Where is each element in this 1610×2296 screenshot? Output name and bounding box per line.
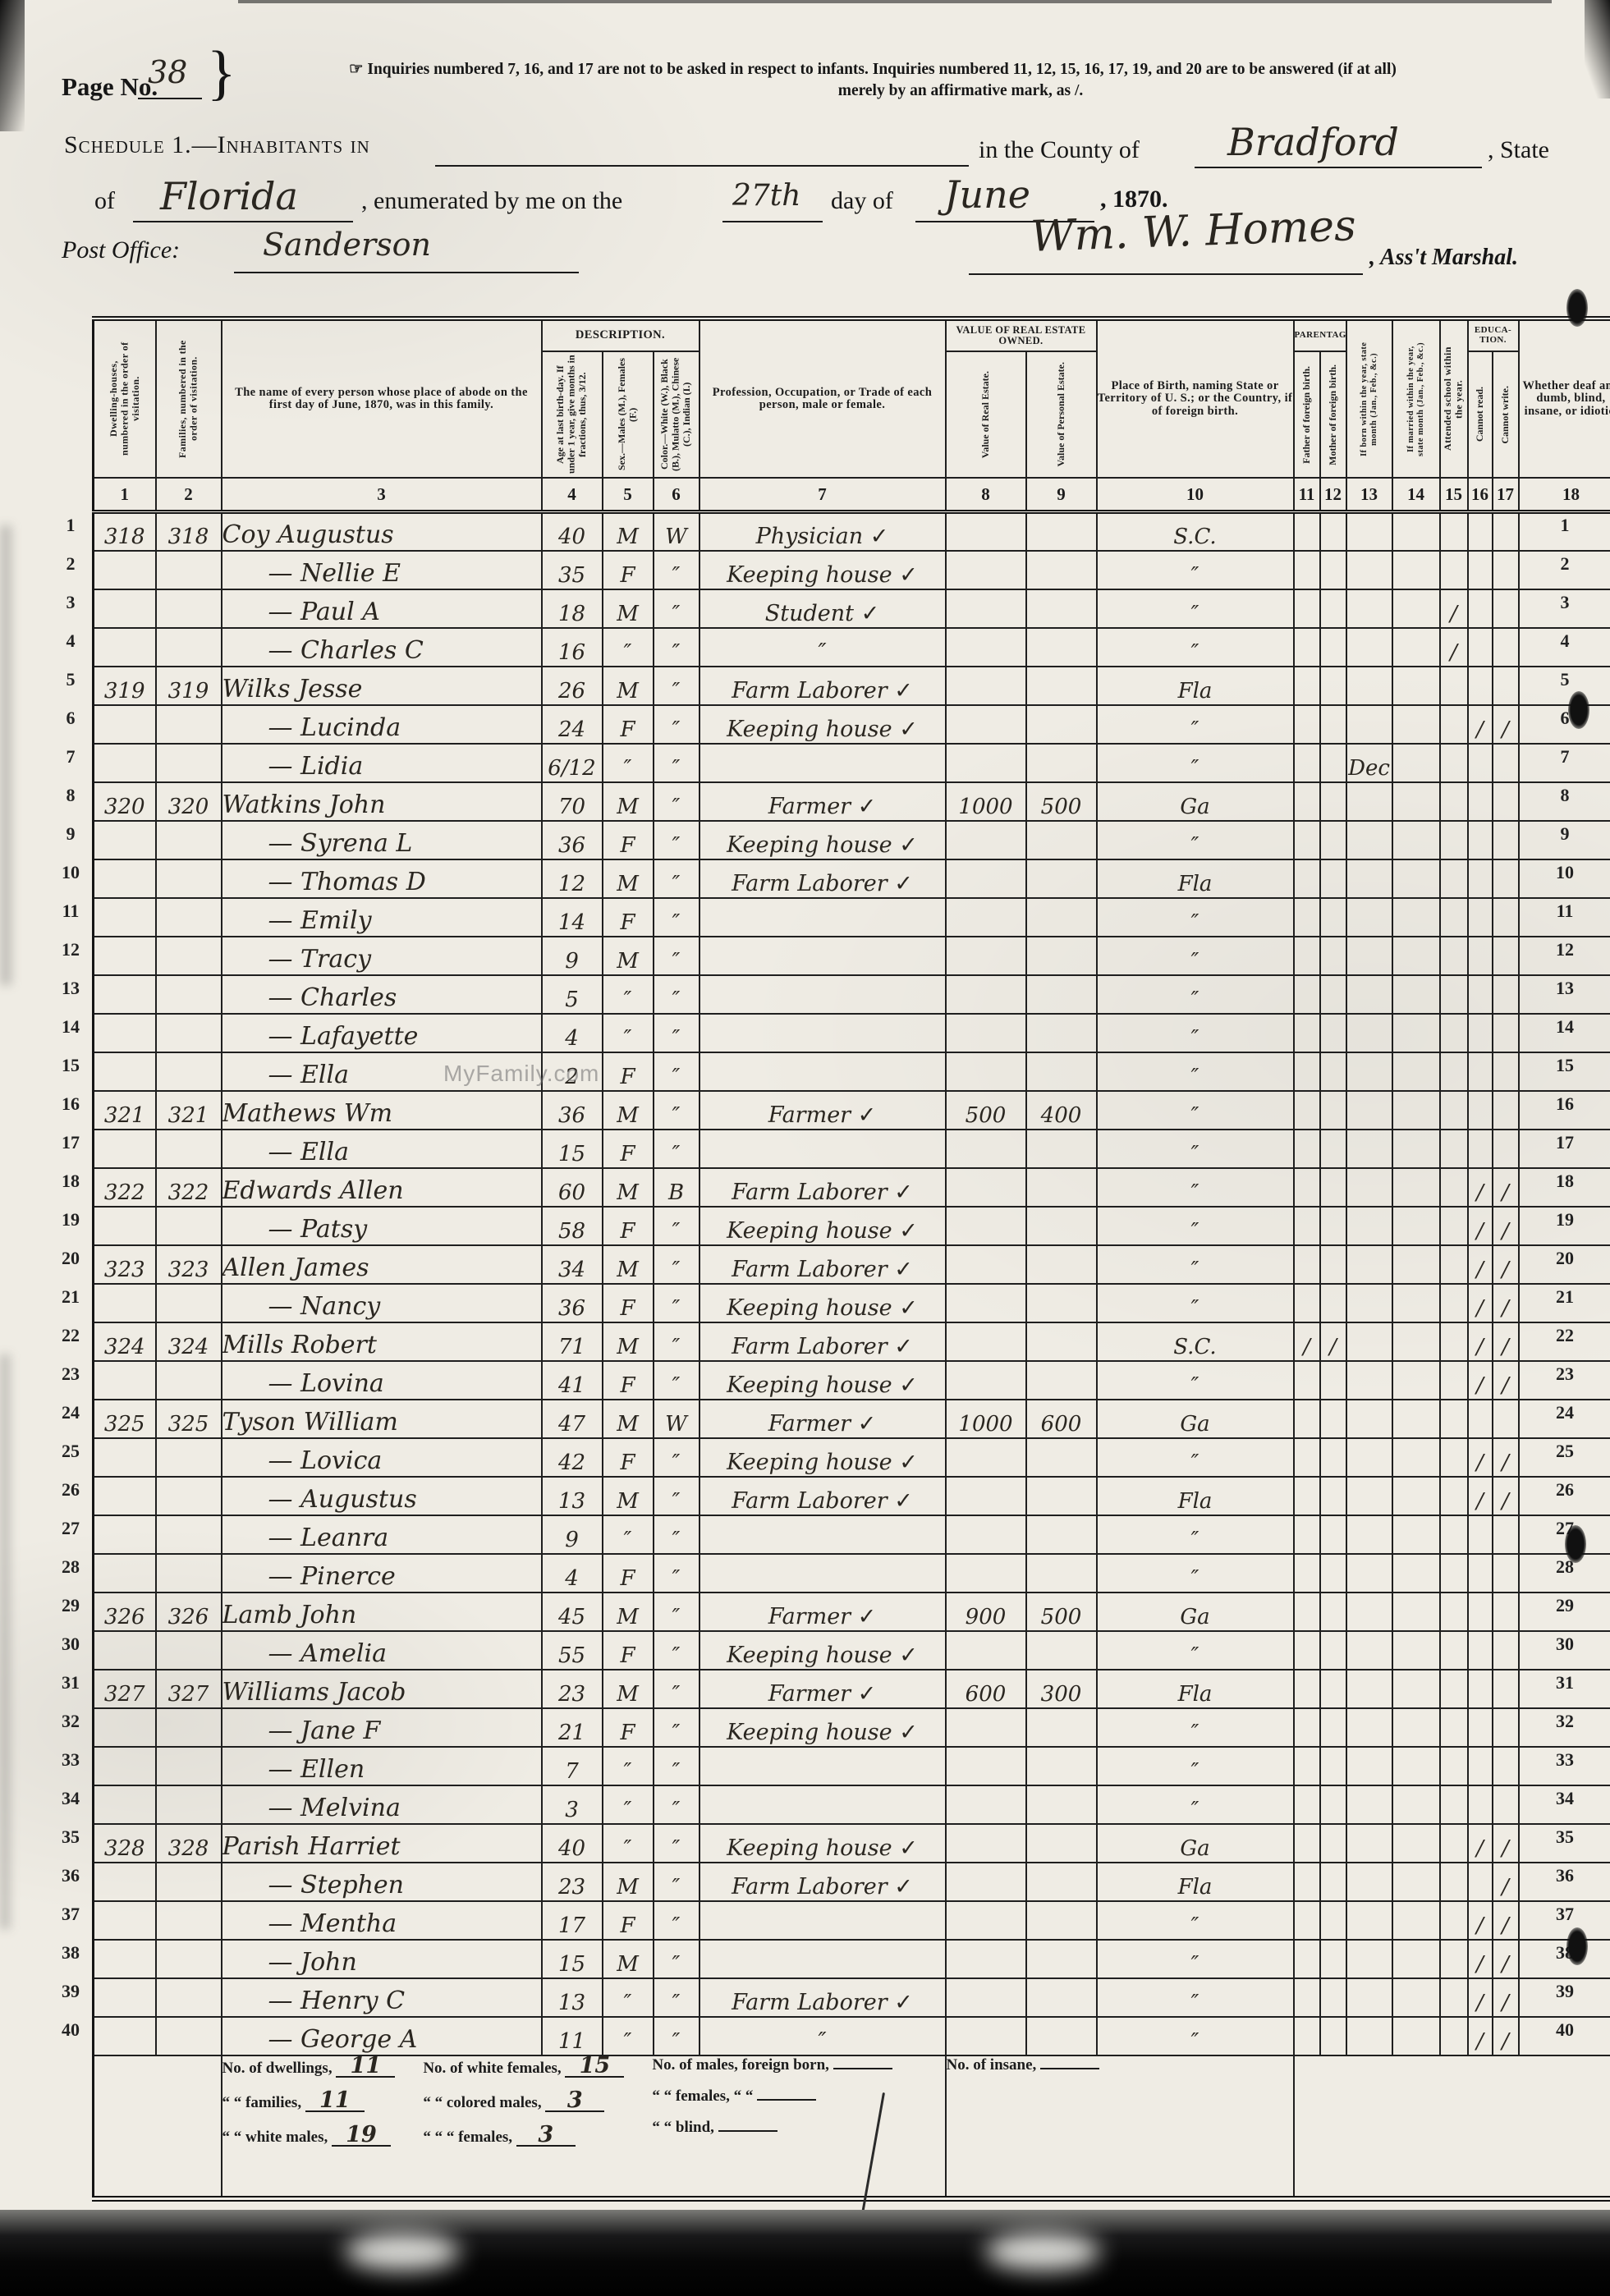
color-value: ″ bbox=[654, 1130, 700, 1168]
real-estate-value bbox=[946, 512, 1026, 551]
line-number: 23 bbox=[54, 1354, 87, 1393]
birthplace-value: ″ bbox=[1097, 1361, 1294, 1400]
real-estate-value bbox=[946, 667, 1026, 705]
cannot-write-mark bbox=[1493, 628, 1519, 667]
person-row: 327327Williams Jacob23M″Farmer ✓600300Fl… bbox=[94, 1670, 1610, 1708]
mother-foreign-mark bbox=[1320, 1361, 1346, 1400]
scan-glow bbox=[345, 2233, 460, 2271]
column-number-row: 1234567891011121314151617181920 bbox=[94, 478, 1610, 512]
occupation-value bbox=[700, 1052, 946, 1091]
birth-month-value bbox=[1346, 1593, 1392, 1631]
females-foreign-total bbox=[757, 2099, 816, 2101]
mother-foreign-mark bbox=[1320, 1901, 1346, 1940]
males-foreign-total bbox=[833, 2068, 892, 2069]
line-number: 3 bbox=[54, 583, 87, 621]
birth-month-value bbox=[1346, 1361, 1392, 1400]
personal-estate-value bbox=[1026, 1863, 1097, 1901]
person-name: — Charles C bbox=[222, 628, 542, 667]
cannot-read-mark: / bbox=[1468, 1940, 1493, 1978]
mother-foreign-mark bbox=[1320, 1130, 1346, 1168]
occupation-value bbox=[700, 937, 946, 975]
person-name: — George A bbox=[222, 2017, 542, 2055]
father-foreign-mark: / bbox=[1294, 1322, 1320, 1361]
mother-foreign-mark bbox=[1320, 1168, 1346, 1207]
color-value: ″ bbox=[654, 589, 700, 628]
totals-row: No. of dwellings, 11 “ “ families, 11 “ … bbox=[94, 2055, 1610, 2199]
person-name: — Ellen bbox=[222, 1747, 542, 1785]
attended-school-mark bbox=[1440, 1130, 1468, 1168]
real-estate-value bbox=[946, 1940, 1026, 1978]
real-estate-value bbox=[946, 1014, 1026, 1052]
marriage-month-value bbox=[1392, 2017, 1440, 2055]
cannot-write-mark: / bbox=[1493, 1245, 1519, 1284]
cannot-read-mark: / bbox=[1468, 1322, 1493, 1361]
mother-foreign-mark bbox=[1320, 744, 1346, 782]
person-row: — Emily14F″″ bbox=[94, 898, 1610, 937]
person-name: — Leanra bbox=[222, 1515, 542, 1554]
insane-label: No. of insane, bbox=[947, 2056, 1037, 2074]
scan-left-smudge bbox=[0, 525, 11, 985]
color-value: ″ bbox=[654, 744, 700, 782]
dwelling-number bbox=[94, 1014, 156, 1052]
person-name: — Lucinda bbox=[222, 705, 542, 744]
sex-value: ″ bbox=[603, 1014, 654, 1052]
scan-glow bbox=[985, 2233, 1100, 2271]
dwelling-number bbox=[94, 628, 156, 667]
cannot-read-mark: / bbox=[1468, 1978, 1493, 2017]
family-number: 321 bbox=[156, 1091, 222, 1130]
dwelling-number: 318 bbox=[94, 512, 156, 551]
line-number: 7 bbox=[54, 737, 87, 776]
line-number: 33 bbox=[1548, 1740, 1581, 1779]
real-estate-value bbox=[946, 705, 1026, 744]
dwelling-number: 320 bbox=[94, 782, 156, 821]
age-value: 40 bbox=[542, 1824, 603, 1863]
age-value: 47 bbox=[542, 1400, 603, 1438]
real-estate-value bbox=[946, 1245, 1026, 1284]
person-row: 324324Mills Robert71M″Farm Laborer ✓S.C.… bbox=[94, 1322, 1610, 1361]
sex-value: ″ bbox=[603, 1824, 654, 1863]
father-foreign-mark bbox=[1294, 1361, 1320, 1400]
person-row: — Ella2F″″ bbox=[94, 1052, 1610, 1091]
birthplace-value: ″ bbox=[1097, 1207, 1294, 1245]
person-name: — Stephen bbox=[222, 1863, 542, 1901]
person-row: 323323Allen James34M″Farm Laborer ✓″/// bbox=[94, 1245, 1610, 1284]
birthplace-value: ″ bbox=[1097, 1901, 1294, 1940]
birth-month-value bbox=[1346, 1245, 1392, 1284]
family-number bbox=[156, 1978, 222, 2017]
birth-month-value bbox=[1346, 1631, 1392, 1670]
mother-foreign-mark bbox=[1320, 1284, 1346, 1322]
birthplace-value: ″ bbox=[1097, 1708, 1294, 1747]
dwelling-number bbox=[94, 1284, 156, 1322]
dwelling-number: 322 bbox=[94, 1168, 156, 1207]
birthplace-value: S.C. bbox=[1097, 512, 1294, 551]
birthplace-value: ″ bbox=[1097, 1130, 1294, 1168]
age-value: 23 bbox=[542, 1863, 603, 1901]
father-foreign-mark bbox=[1294, 1593, 1320, 1631]
occupation-value: Farm Laborer ✓ bbox=[700, 1245, 946, 1284]
person-row: — John15M″″// bbox=[94, 1940, 1610, 1978]
marriage-month-value bbox=[1392, 937, 1440, 975]
father-foreign-mark bbox=[1294, 551, 1320, 589]
line-number: 35 bbox=[54, 1817, 87, 1856]
marshal-signature: Wm. W. Homes bbox=[1030, 201, 1357, 262]
personal-estate-value: 300 bbox=[1026, 1670, 1097, 1708]
families-total: 11 bbox=[305, 2091, 365, 2112]
marriage-month-value bbox=[1392, 1515, 1440, 1554]
real-estate-value: 600 bbox=[946, 1670, 1026, 1708]
personal-estate-value bbox=[1026, 551, 1097, 589]
line-number: 22 bbox=[1548, 1316, 1581, 1354]
age-value: 17 bbox=[542, 1901, 603, 1940]
dwelling-number bbox=[94, 1515, 156, 1554]
sex-value: M bbox=[603, 859, 654, 898]
color-value: ″ bbox=[654, 937, 700, 975]
birth-month-value bbox=[1346, 1400, 1392, 1438]
scan-bottom-band bbox=[0, 2210, 1610, 2296]
person-name: Coy Augustus bbox=[222, 512, 542, 551]
person-name: — Lidia bbox=[222, 744, 542, 782]
line-number: 38 bbox=[54, 1933, 87, 1972]
birth-month-value bbox=[1346, 512, 1392, 551]
post-office-blank bbox=[234, 271, 579, 273]
father-foreign-mark bbox=[1294, 628, 1320, 667]
person-name: — Nancy bbox=[222, 1284, 542, 1322]
males-foreign-label: No. of males, foreign born, bbox=[652, 2056, 829, 2074]
attended-school-mark bbox=[1440, 821, 1468, 859]
mother-foreign-mark bbox=[1320, 1631, 1346, 1670]
sex-value: M bbox=[603, 589, 654, 628]
state-label: of bbox=[94, 187, 115, 215]
age-value: 15 bbox=[542, 1130, 603, 1168]
cannot-write-mark: / bbox=[1493, 1322, 1519, 1361]
father-foreign-mark bbox=[1294, 975, 1320, 1014]
attended-school-mark bbox=[1440, 1322, 1468, 1361]
birth-month-value bbox=[1346, 551, 1392, 589]
line-number: 16 bbox=[1548, 1084, 1581, 1123]
real-estate-value bbox=[946, 1747, 1026, 1785]
col-birth-month-header: If born within the year, state month (Ja… bbox=[1346, 319, 1392, 478]
real-estate-value bbox=[946, 1824, 1026, 1863]
birthplace-value: Fla bbox=[1097, 1863, 1294, 1901]
person-name: — Tracy bbox=[222, 937, 542, 975]
mother-foreign-mark bbox=[1320, 628, 1346, 667]
attended-school-mark bbox=[1440, 1014, 1468, 1052]
occupation-value: Farmer ✓ bbox=[700, 1593, 946, 1631]
occupation-value: Keeping house ✓ bbox=[700, 1824, 946, 1863]
father-foreign-mark bbox=[1294, 1400, 1320, 1438]
marriage-month-value bbox=[1392, 1284, 1440, 1322]
sex-value: ″ bbox=[603, 1978, 654, 2017]
occupation-value bbox=[700, 744, 946, 782]
birth-month-value bbox=[1346, 667, 1392, 705]
marriage-month-value bbox=[1392, 859, 1440, 898]
person-row: — Amelia55F″Keeping house ✓″ bbox=[94, 1631, 1610, 1670]
personal-estate-value bbox=[1026, 1207, 1097, 1245]
marriage-month-value bbox=[1392, 1130, 1440, 1168]
marriage-month-value bbox=[1392, 1207, 1440, 1245]
sex-value: M bbox=[603, 1593, 654, 1631]
personal-estate-value: 600 bbox=[1026, 1400, 1097, 1438]
person-row: 328328Parish Harriet40″″Keeping house ✓G… bbox=[94, 1824, 1610, 1863]
line-number: 13 bbox=[54, 969, 87, 1007]
father-foreign-mark bbox=[1294, 859, 1320, 898]
father-foreign-mark bbox=[1294, 1940, 1320, 1978]
attended-school-mark bbox=[1440, 551, 1468, 589]
dwelling-number bbox=[94, 1940, 156, 1978]
personal-estate-value bbox=[1026, 705, 1097, 744]
dwelling-number bbox=[94, 589, 156, 628]
cannot-write-mark: / bbox=[1493, 1978, 1519, 2017]
watermark: MyFamily.com bbox=[443, 1061, 599, 1087]
line-number: 4 bbox=[54, 621, 87, 660]
family-number bbox=[156, 705, 222, 744]
father-foreign-mark bbox=[1294, 1207, 1320, 1245]
age-value: 71 bbox=[542, 1322, 603, 1361]
cannot-read-mark: / bbox=[1468, 1901, 1493, 1940]
line-number: 34 bbox=[1548, 1779, 1581, 1817]
person-name: Allen James bbox=[222, 1245, 542, 1284]
family-number bbox=[156, 1361, 222, 1400]
birth-month-value bbox=[1346, 589, 1392, 628]
birthplace-value: ″ bbox=[1097, 1052, 1294, 1091]
line-number: 32 bbox=[1548, 1702, 1581, 1740]
white-females-total: 15 bbox=[565, 2056, 624, 2078]
sex-value: F bbox=[603, 1284, 654, 1322]
marriage-month-value bbox=[1392, 1361, 1440, 1400]
color-value: ″ bbox=[654, 628, 700, 667]
column-number: 14 bbox=[1392, 478, 1440, 512]
line-number: 20 bbox=[1548, 1239, 1581, 1277]
line-number: 33 bbox=[54, 1740, 87, 1779]
county-blank bbox=[1195, 166, 1482, 168]
real-estate-value bbox=[946, 744, 1026, 782]
mother-foreign-mark bbox=[1320, 1014, 1346, 1052]
person-row: 325325Tyson William47MWFarmer ✓1000600Ga… bbox=[94, 1400, 1610, 1438]
age-value: 36 bbox=[542, 1284, 603, 1322]
age-value: 6/12 bbox=[542, 744, 603, 782]
personal-estate-value bbox=[1026, 1940, 1097, 1978]
mother-foreign-mark bbox=[1320, 1245, 1346, 1284]
attended-school-mark bbox=[1440, 705, 1468, 744]
real-estate-value bbox=[946, 937, 1026, 975]
line-number: 9 bbox=[54, 814, 87, 853]
line-number: 16 bbox=[54, 1084, 87, 1123]
sex-value: F bbox=[603, 1708, 654, 1747]
line-number: 36 bbox=[54, 1856, 87, 1895]
line-number: 39 bbox=[54, 1972, 87, 2010]
line-number: 27 bbox=[54, 1509, 87, 1547]
birthplace-value: ″ bbox=[1097, 744, 1294, 782]
birthplace-value: ″ bbox=[1097, 1631, 1294, 1670]
attended-school-mark bbox=[1440, 975, 1468, 1014]
person-name: Wilks Jesse bbox=[222, 667, 542, 705]
attended-school-mark bbox=[1440, 1515, 1468, 1554]
dwellings-label: No. of dwellings, bbox=[222, 2060, 333, 2077]
father-foreign-mark bbox=[1294, 1515, 1320, 1554]
line-number: 8 bbox=[54, 776, 87, 814]
cannot-read-mark bbox=[1468, 1052, 1493, 1091]
colored-females-total: 3 bbox=[516, 2125, 576, 2147]
family-number bbox=[156, 628, 222, 667]
occupation-value: ″ bbox=[700, 628, 946, 667]
cannot-write-mark bbox=[1493, 937, 1519, 975]
person-row: — Lucinda24F″Keeping house ✓″// bbox=[94, 705, 1610, 744]
attended-school-mark bbox=[1440, 1593, 1468, 1631]
real-estate-value bbox=[946, 1052, 1026, 1091]
person-name: — Mentha bbox=[222, 1901, 542, 1940]
age-value: 21 bbox=[542, 1708, 603, 1747]
birthplace-value: ″ bbox=[1097, 1014, 1294, 1052]
age-value: 34 bbox=[542, 1245, 603, 1284]
line-number: 19 bbox=[1548, 1200, 1581, 1239]
color-value: ″ bbox=[654, 1438, 700, 1477]
sex-value: F bbox=[603, 1361, 654, 1400]
father-foreign-mark bbox=[1294, 937, 1320, 975]
personal-estate-value bbox=[1026, 1361, 1097, 1400]
real-estate-value bbox=[946, 1130, 1026, 1168]
father-foreign-mark bbox=[1294, 1130, 1320, 1168]
cannot-read-mark bbox=[1468, 551, 1493, 589]
attended-school-mark bbox=[1440, 1361, 1468, 1400]
color-value: ″ bbox=[654, 821, 700, 859]
real-estate-value: 1000 bbox=[946, 782, 1026, 821]
birth-month-value bbox=[1346, 821, 1392, 859]
birth-month-value bbox=[1346, 1785, 1392, 1824]
age-value: 7 bbox=[542, 1747, 603, 1785]
cannot-read-mark: / bbox=[1468, 1438, 1493, 1477]
occupation-value: Keeping house ✓ bbox=[700, 1207, 946, 1245]
attended-school-mark bbox=[1440, 1052, 1468, 1091]
father-foreign-mark bbox=[1294, 898, 1320, 937]
marriage-month-value bbox=[1392, 1477, 1440, 1515]
father-foreign-mark bbox=[1294, 1978, 1320, 2017]
column-number: 8 bbox=[946, 478, 1026, 512]
line-number: 18 bbox=[54, 1162, 87, 1200]
dwelling-number bbox=[94, 975, 156, 1014]
line-number: 11 bbox=[1548, 891, 1581, 930]
cannot-read-mark bbox=[1468, 589, 1493, 628]
family-number bbox=[156, 1631, 222, 1670]
person-name: — Charles bbox=[222, 975, 542, 1014]
line-number: 15 bbox=[1548, 1046, 1581, 1084]
line-number: 25 bbox=[54, 1432, 87, 1470]
real-estate-value bbox=[946, 1438, 1026, 1477]
real-estate-value bbox=[946, 975, 1026, 1014]
person-row: — Thomas D12M″Farm Laborer ✓Fla bbox=[94, 859, 1610, 898]
cannot-read-mark bbox=[1468, 512, 1493, 551]
sex-value: F bbox=[603, 1438, 654, 1477]
col-family-header: Families, numbered in the order of visit… bbox=[156, 319, 222, 478]
attended-school-mark bbox=[1440, 1747, 1468, 1785]
attended-school-mark bbox=[1440, 1168, 1468, 1207]
family-number bbox=[156, 1438, 222, 1477]
occupation-value: Farm Laborer ✓ bbox=[700, 1168, 946, 1207]
father-foreign-mark bbox=[1294, 667, 1320, 705]
father-foreign-mark bbox=[1294, 1284, 1320, 1322]
cannot-read-mark bbox=[1468, 898, 1493, 937]
color-value: ″ bbox=[654, 1747, 700, 1785]
col-marriage-month-header: If married within the year, state month … bbox=[1392, 319, 1440, 478]
cannot-write-mark: / bbox=[1493, 1438, 1519, 1477]
person-name: — Pinerce bbox=[222, 1554, 542, 1593]
occupation-value bbox=[700, 1901, 946, 1940]
person-row: 320320Watkins John70M″Farmer ✓1000500Ga/ bbox=[94, 782, 1610, 821]
person-row: — Lovina41F″Keeping house ✓″// bbox=[94, 1361, 1610, 1400]
family-number bbox=[156, 1284, 222, 1322]
column-number: 6 bbox=[654, 478, 700, 512]
cannot-read-mark bbox=[1468, 975, 1493, 1014]
family-number bbox=[156, 1477, 222, 1515]
cannot-read-mark: / bbox=[1468, 1245, 1493, 1284]
attended-school-mark bbox=[1440, 2017, 1468, 2055]
dwelling-number: 323 bbox=[94, 1245, 156, 1284]
personal-estate-value bbox=[1026, 1322, 1097, 1361]
occupation-value: Farm Laborer ✓ bbox=[700, 1978, 946, 2017]
personal-estate-value bbox=[1026, 898, 1097, 937]
sex-value: F bbox=[603, 1130, 654, 1168]
column-number: 9 bbox=[1026, 478, 1097, 512]
color-value: B bbox=[654, 1168, 700, 1207]
marriage-month-value bbox=[1392, 975, 1440, 1014]
color-value: ″ bbox=[654, 1824, 700, 1863]
person-row: — Mentha17F″″// bbox=[94, 1901, 1610, 1940]
sex-value: F bbox=[603, 1554, 654, 1593]
family-number: 320 bbox=[156, 782, 222, 821]
cannot-read-mark: / bbox=[1468, 1477, 1493, 1515]
attended-school-mark bbox=[1440, 1245, 1468, 1284]
line-number: 2 bbox=[54, 544, 87, 583]
person-name: Mills Robert bbox=[222, 1322, 542, 1361]
dwelling-number bbox=[94, 859, 156, 898]
cannot-read-mark bbox=[1468, 1515, 1493, 1554]
occupation-value bbox=[700, 1554, 946, 1593]
dwelling-number: 328 bbox=[94, 1824, 156, 1863]
occupation-value: Keeping house ✓ bbox=[700, 821, 946, 859]
cannot-read-mark bbox=[1468, 1670, 1493, 1708]
line-number: 25 bbox=[1548, 1432, 1581, 1470]
occupation-value: Student ✓ bbox=[700, 589, 946, 628]
column-number: 17 bbox=[1493, 478, 1519, 512]
attended-school-mark bbox=[1440, 744, 1468, 782]
cannot-write-mark: / bbox=[1493, 1901, 1519, 1940]
birthplace-value: Ga bbox=[1097, 1400, 1294, 1438]
person-name: — Lovina bbox=[222, 1361, 542, 1400]
dwelling-number bbox=[94, 1438, 156, 1477]
cannot-read-mark bbox=[1468, 1593, 1493, 1631]
occupation-value: Farmer ✓ bbox=[700, 1091, 946, 1130]
occupation-value bbox=[700, 1515, 946, 1554]
occupation-value: Farmer ✓ bbox=[700, 1400, 946, 1438]
marriage-month-value bbox=[1392, 1747, 1440, 1785]
line-number: 14 bbox=[54, 1007, 87, 1046]
real-estate-value bbox=[946, 1554, 1026, 1593]
cannot-write-mark: / bbox=[1493, 705, 1519, 744]
cannot-write-mark bbox=[1493, 1708, 1519, 1747]
real-estate-value bbox=[946, 821, 1026, 859]
person-name: — Lafayette bbox=[222, 1014, 542, 1052]
line-number: 14 bbox=[1548, 1007, 1581, 1046]
col-dwelling-header: Dwelling-houses, numbered in the order o… bbox=[94, 319, 156, 478]
color-value: ″ bbox=[654, 782, 700, 821]
sex-value: ″ bbox=[603, 1747, 654, 1785]
birthplace-value: Ga bbox=[1097, 1824, 1294, 1863]
line-number: 1 bbox=[54, 506, 87, 544]
state-blank bbox=[133, 220, 353, 222]
dwelling-number bbox=[94, 1978, 156, 2017]
father-foreign-mark bbox=[1294, 1052, 1320, 1091]
